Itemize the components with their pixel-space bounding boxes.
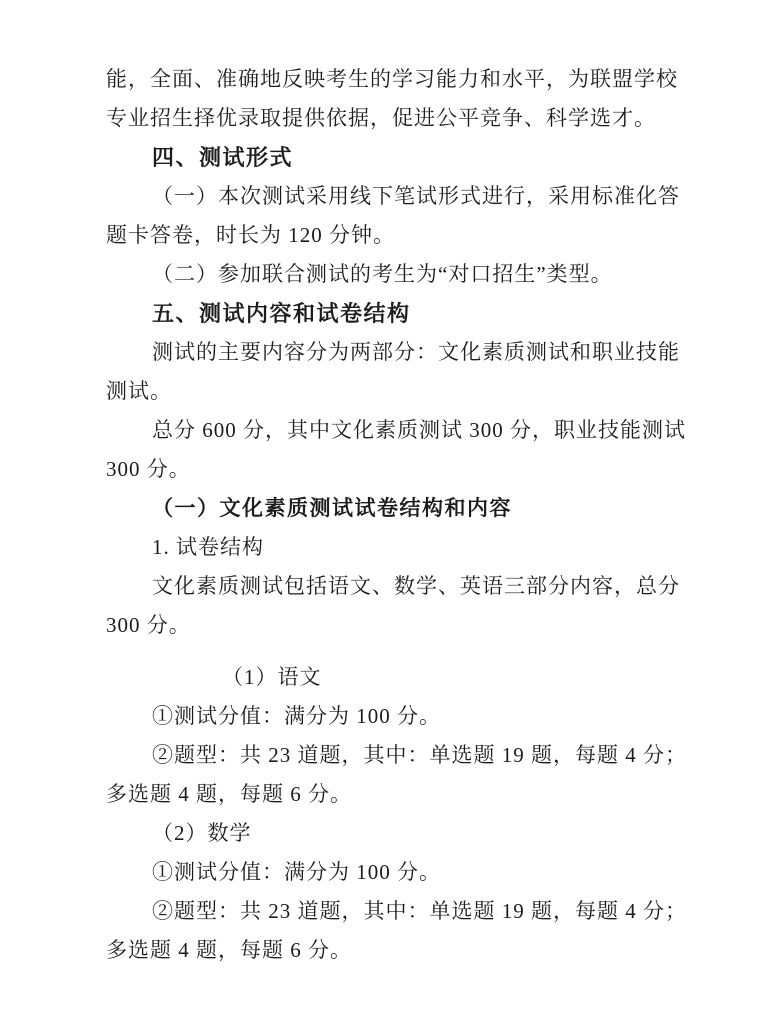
section-heading-five-test-content: 五、测试内容和试卷结构 [106, 294, 748, 333]
para-chinese-score: ①测试分值：满分为 100 分。 [106, 697, 748, 736]
body-line-purpose-cont-1: 能，全面、准确地反映考生的学习能力和水平，为联盟学校 [106, 60, 748, 99]
para-test-format-item-2: （二）参加联合测试的考生为“对口招生”类型。 [106, 255, 748, 294]
para-total-score: 总分 600 分，其中文化素质测试 300 分，职业技能测试 [106, 411, 748, 450]
para-content-overview-cont: 测试。 [106, 372, 748, 411]
para-chinese-question-types-cont: 多选题 4 题，每题 6 分。 [106, 775, 748, 814]
para-math-score: ①测试分值：满分为 100 分。 [106, 853, 748, 892]
item-heading-math: （2）数学 [106, 814, 748, 853]
para-math-question-types-cont: 多选题 4 题，每题 6 分。 [106, 931, 748, 970]
item-heading-chinese: （1）语文 [106, 658, 748, 697]
para-subjects-overview-cont: 300 分。 [106, 606, 748, 645]
body-line-purpose-cont-2: 专业招生择优录取提供依据，促进公平竞争、科学选才。 [106, 99, 748, 138]
section-heading-four-test-format: 四、测试形式 [106, 138, 748, 177]
para-paper-structure-label: 1. 试卷结构 [106, 528, 748, 567]
para-subjects-overview: 文化素质测试包括语文、数学、英语三部分内容，总分 [106, 567, 748, 606]
para-content-overview: 测试的主要内容分为两部分：文化素质测试和职业技能 [106, 333, 748, 372]
subsection-heading-culture-test: （一）文化素质测试试卷结构和内容 [106, 489, 748, 528]
para-test-format-item-1: （一）本次测试采用线下笔试形式进行，采用标准化答 [106, 177, 748, 216]
para-total-score-cont: 300 分。 [106, 450, 748, 489]
document-page: 能，全面、准确地反映考生的学习能力和水平，为联盟学校 专业招生择优录取提供依据，… [0, 0, 776, 1019]
para-chinese-question-types: ②题型：共 23 道题，其中：单选题 19 题，每题 4 分； [106, 736, 748, 775]
para-math-question-types: ②题型：共 23 道题，其中：单选题 19 题，每题 4 分； [106, 892, 748, 931]
para-test-format-item-1-cont: 题卡答卷，时长为 120 分钟。 [106, 216, 748, 255]
